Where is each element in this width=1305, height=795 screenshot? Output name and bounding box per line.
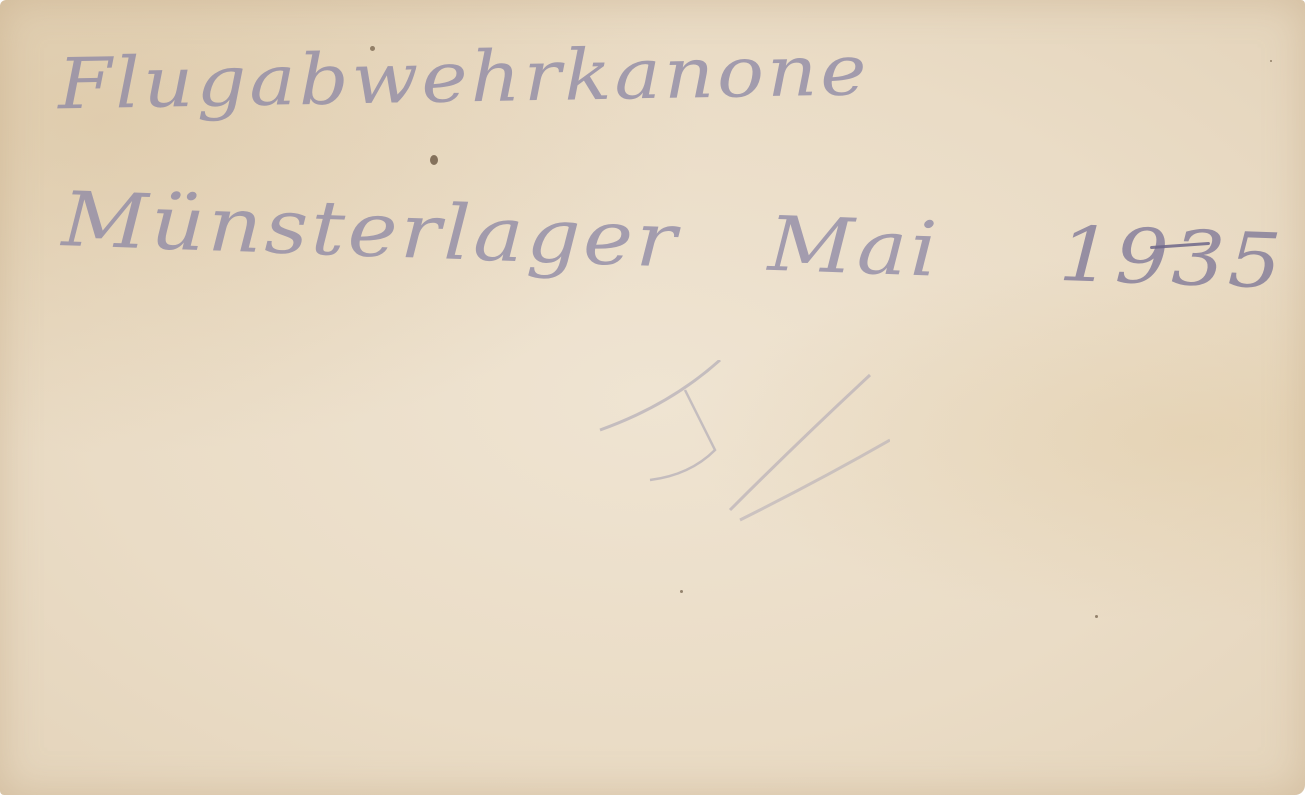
inscription-year: 1935 bbox=[1057, 210, 1286, 306]
bottom-pencil-marks bbox=[590, 360, 890, 530]
inscription-month: Mai bbox=[767, 200, 942, 294]
ink-speck bbox=[430, 155, 438, 165]
ink-speck bbox=[680, 590, 683, 593]
ink-speck bbox=[1270, 60, 1272, 62]
inscription-line-2: Münsterlager Mai 1935 bbox=[60, 175, 1286, 306]
ink-speck bbox=[1095, 615, 1098, 618]
photo-card-back: Flugabwehrkanone Münsterlager Mai 1935 bbox=[0, 0, 1305, 795]
inscription-line-1: Flugabwehrkanone bbox=[57, 30, 870, 125]
inscription-place: Münsterlager bbox=[60, 175, 680, 285]
